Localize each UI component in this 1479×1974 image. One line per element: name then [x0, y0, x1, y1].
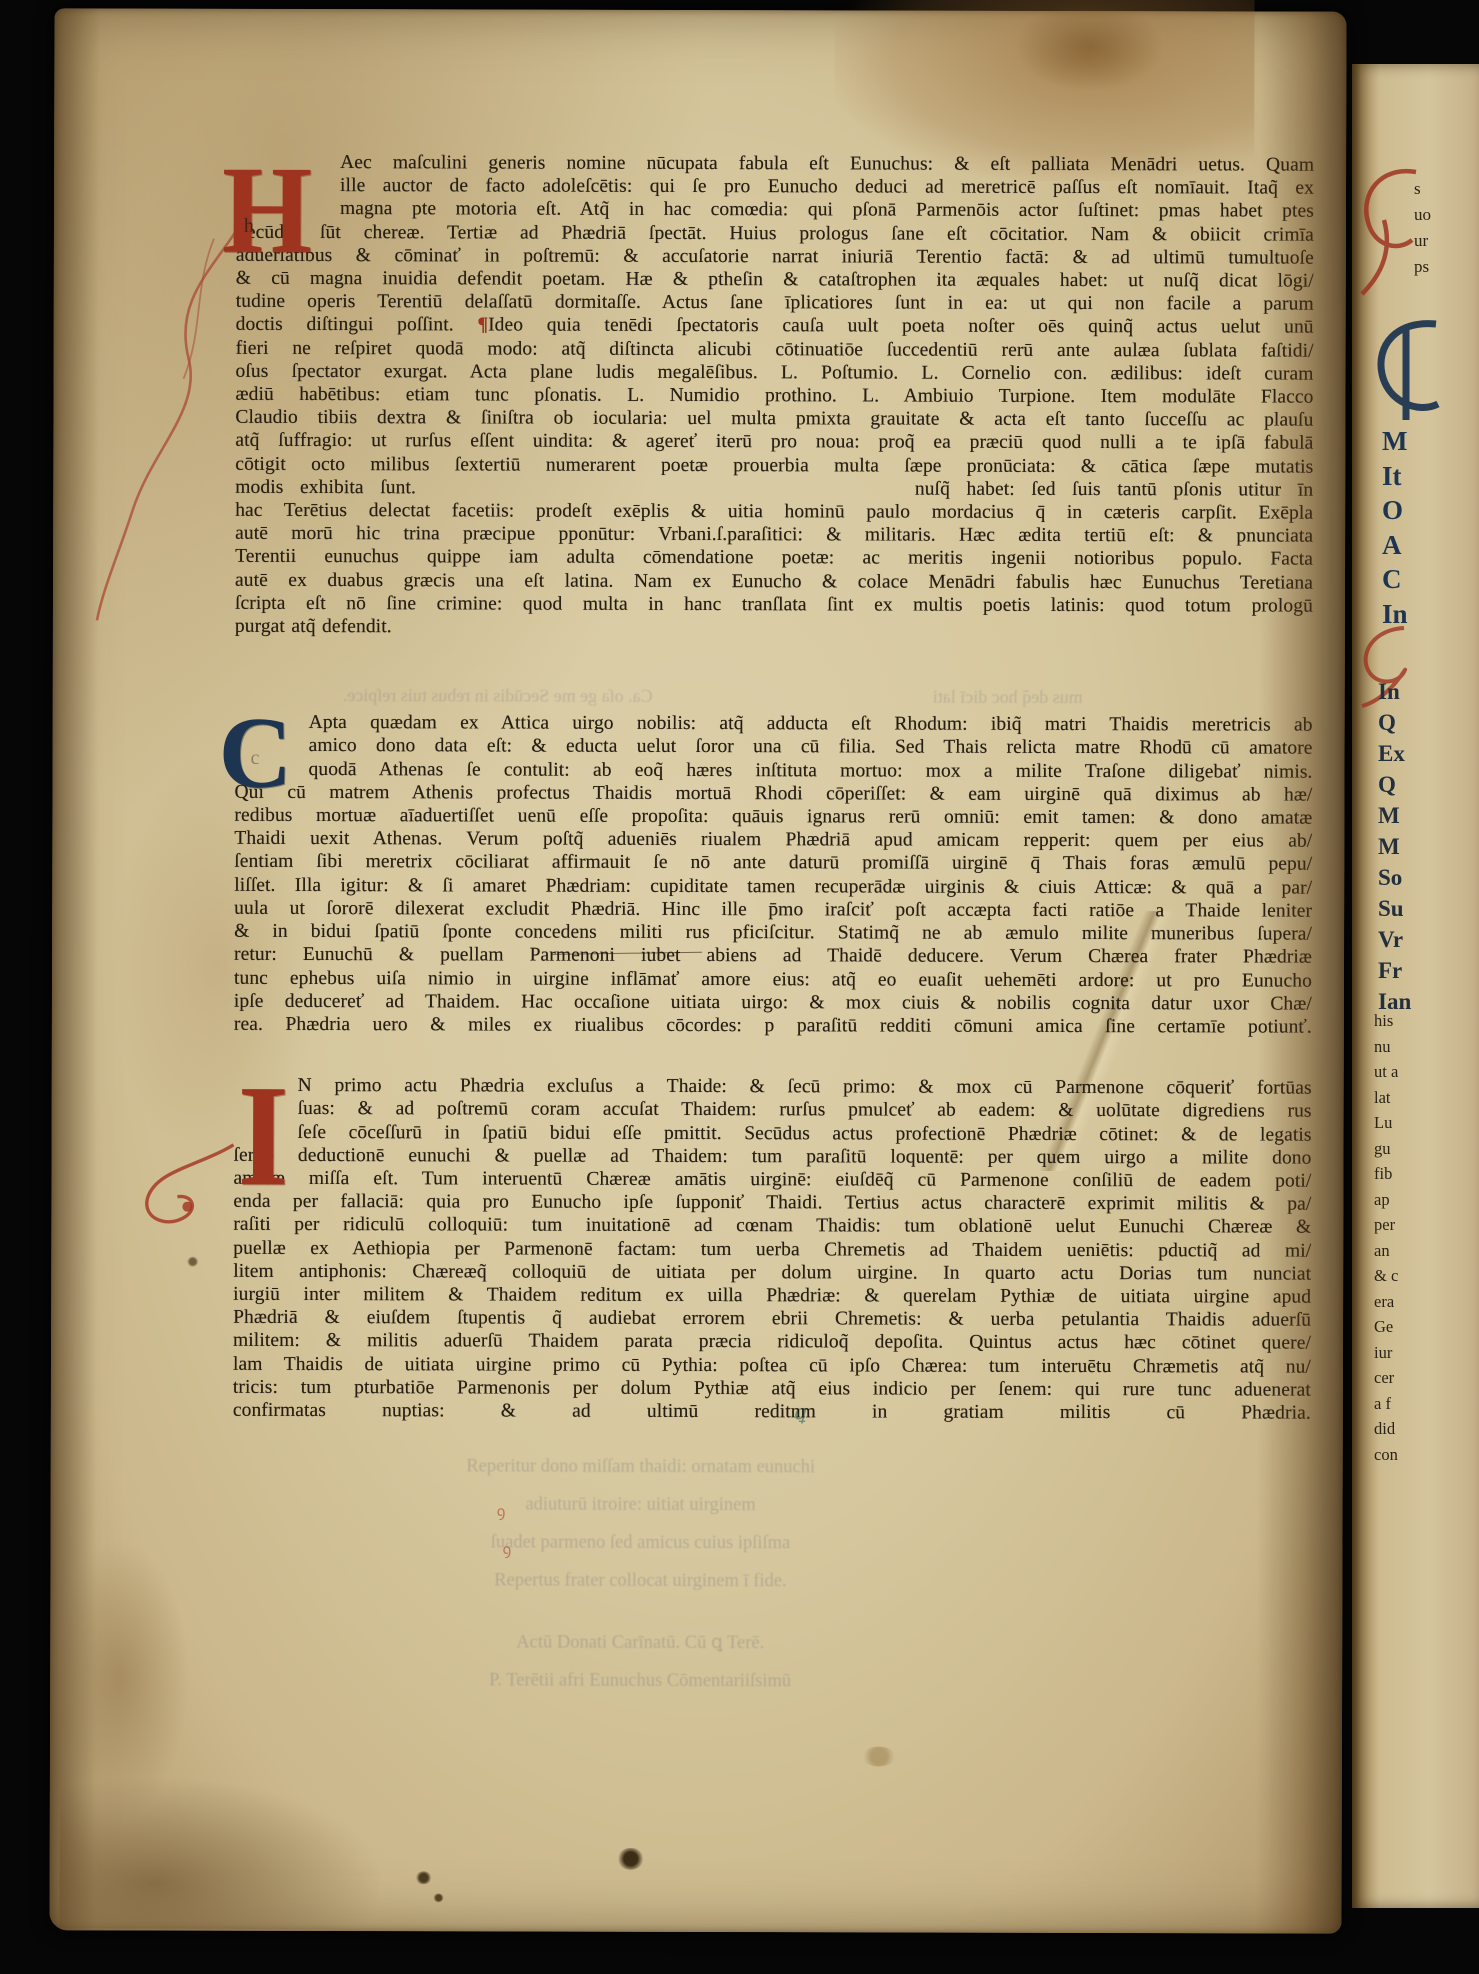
- text-line: cōtigit octo milibus ſextertiū numeraren…: [235, 452, 1313, 478]
- text-line: aduerſātibus & cōminať in poſtremū: & ac…: [236, 244, 1314, 270]
- text-line: tunc ephebus uiſa nimio in uirgine inflā…: [234, 966, 1312, 992]
- text-line: Ge: [1374, 1314, 1398, 1340]
- text-line: a f: [1374, 1391, 1398, 1417]
- text-line: Secūdæ ſūt chereæ. Tertiæ ad Phædriā ſpe…: [236, 220, 1314, 246]
- text-line: autē morū hic trina præcipue pponūtur: V…: [235, 522, 1313, 548]
- text-line: confirmatas nuptias: & ad ultimū reditnm…: [233, 1399, 1311, 1425]
- text-line: So: [1378, 862, 1411, 893]
- bleedthrough-text: Reperitur dono miſſam thaidi: ornatam eu…: [350, 1447, 931, 1701]
- text-line: s: [1414, 176, 1431, 202]
- text-line: Phædriā & eiuſdem ſtupentis q̃ audiebat …: [233, 1306, 1311, 1332]
- text-line: redibus mortuæ aīaduertiſſet uenū eſſe p…: [234, 804, 1312, 830]
- text-line: raſiti per ridiculū colloquiū: tum inuit…: [233, 1213, 1311, 1239]
- text-line: rea. Phædria uero & miles ex riualibus c…: [234, 1013, 1312, 1039]
- text-line: an: [1374, 1238, 1398, 1264]
- text-line: per: [1374, 1212, 1398, 1238]
- text-line: M: [1382, 424, 1408, 459]
- text-line: amico dono data eſt: & educta uelut ſoro…: [235, 734, 1313, 760]
- ink-spot: [434, 1893, 444, 1902]
- text-line: M: [1378, 800, 1411, 831]
- text-line: tudine operis Terentiū delaſſatū dormita…: [236, 290, 1314, 316]
- stain: [862, 1746, 896, 1766]
- text-line: tricis: tum pturbatiōe Parmenonis per do…: [233, 1376, 1311, 1402]
- text-line: litem antiphonis: Chæreæq̃ colloquiū de …: [233, 1260, 1311, 1286]
- text-line: ſeruo deductionē eunuchi & puellæ ad Tha…: [233, 1144, 1311, 1170]
- text-line: & c: [1374, 1263, 1398, 1289]
- guide-letter: h: [244, 215, 254, 238]
- text-line: ps: [1414, 254, 1431, 280]
- text-line: & cū magna inuidia defendit poetam. Hæ &…: [236, 267, 1314, 293]
- red-pen-mark: ꝯ: [497, 1501, 506, 1521]
- text-line: nu: [1374, 1034, 1398, 1060]
- text-line: M: [1378, 831, 1411, 862]
- text-line: doctis diſtingui poſſint. ¶Ideo quia ten…: [236, 313, 1314, 339]
- text-line: ſeſe cōceſſurū in ſpatiū bidui eſſe pmit…: [234, 1120, 1312, 1146]
- text-line: ſcripta eſt nō ſine crimine: quod multa …: [235, 592, 1313, 618]
- text-line: Vr: [1378, 924, 1411, 955]
- text-line: oſus ſpectator exurgat. Acta plane ludis…: [236, 360, 1314, 386]
- text-line: lat: [1374, 1085, 1398, 1111]
- text-line: Lu: [1374, 1110, 1398, 1136]
- text-line: con: [1374, 1442, 1398, 1468]
- dramatis-personae-initials: MItOACIn: [1382, 424, 1408, 631]
- next-page-sliver: suourps MItOACIn InQExQMMSoSuVrFrIan his…: [1352, 64, 1479, 1908]
- text-line: C: [1382, 562, 1408, 597]
- text-line: did: [1374, 1416, 1398, 1442]
- text-line: & in bidui ſpatiū ſponte concedens milit…: [234, 920, 1312, 946]
- text-line: modis exhibita ſunt. nuſq̃ habet: ſed ſu…: [235, 476, 1313, 502]
- left-page: mus deq̃ hoc dicī lati Ca. oſa ge me Sec…: [49, 8, 1346, 1933]
- text-line: uula ut ſororē dilexerat excludit Phædri…: [234, 897, 1312, 923]
- text-line: Claudio tibiis dextra & ſiniſtra ob iocu…: [235, 406, 1313, 432]
- text-line: In: [1382, 597, 1408, 632]
- text-line: Fr: [1378, 955, 1411, 986]
- text-line: his: [1374, 1008, 1398, 1034]
- text-line: Actū Donati Carīnatū. Cū ꝗ Terē.: [350, 1623, 930, 1663]
- stain: [50, 1538, 191, 1818]
- text-line: ur: [1414, 228, 1431, 254]
- text-line: autē ex duabus græcis una eſt latina. Na…: [235, 568, 1313, 594]
- text-line: gu: [1374, 1136, 1398, 1162]
- text-line: Qui cū matrem Athenis profectus Thaidis …: [234, 781, 1312, 807]
- cropped-capitals-column: InQExQMMSoSuVrFrIan: [1378, 676, 1411, 1017]
- text-line: magna pte motoria eſt. Atq̃ in hac comœd…: [236, 197, 1314, 223]
- text-line: lam Thaidis de uitiata uirgine primo cū …: [233, 1352, 1311, 1378]
- text-line: iurgiū inter militem & Thaidem reditum e…: [233, 1283, 1311, 1309]
- text-line: fieri ne reſpiret quodā modo: atq̃ diſti…: [236, 336, 1314, 362]
- text-line: ſuas: & ad poſtremū coram accuſat Thaide…: [234, 1097, 1312, 1123]
- text-line: fib: [1374, 1161, 1398, 1187]
- text-line: Q: [1378, 707, 1411, 738]
- ink-spot: [416, 1871, 432, 1884]
- red-pen-mark: ꝯ: [502, 1539, 511, 1559]
- blue-initial-flourish-icon: [1366, 316, 1446, 426]
- text-line: atq̃ ſuffragio: ut rurſus eſſent uindita…: [235, 429, 1313, 455]
- text-line: Su: [1378, 893, 1411, 924]
- stain: [59, 1778, 379, 1929]
- cropped-text-fragments: suourps: [1414, 176, 1431, 280]
- text-line: A: [1382, 528, 1408, 563]
- text-line: Ex: [1378, 738, 1411, 769]
- text-line: Reperitur dono miſſam thaidi: ornatam eu…: [351, 1447, 931, 1487]
- text-line: Thaidi uexit Athenas. Verum poſtq̃ aduen…: [234, 827, 1312, 853]
- text-line: Repertus frater collocat uirginem ī fide…: [350, 1561, 930, 1601]
- paragraph-lines: Aec maſculini generis nomine nūcupata fa…: [235, 151, 1314, 641]
- text-line: ſuadet parmeno ſed amicus cuius ipſiſma: [350, 1523, 930, 1563]
- text-line: Terentii eunuchus quippe iam adulta cōme…: [235, 545, 1313, 571]
- text-line: Q: [1378, 769, 1411, 800]
- text-line: ſentiam ſibi meretrix cōciliarat affirma…: [234, 850, 1312, 876]
- text-line: hac Terētius delectat facetiis: prodeſt …: [235, 499, 1313, 525]
- paragraph-argument-2: C c Apta quædam ex Attica uirgo nobilis:…: [234, 711, 1313, 1039]
- text-line: militem: & militis aduerſū Thaidem parat…: [233, 1329, 1311, 1355]
- stain: [1014, 1, 1164, 91]
- text-line: ipſe deducereť ad Thaidem. Hac occaſione…: [234, 989, 1312, 1015]
- paragraph-lines: N primo actu Phædria excluſus a Thaide: …: [233, 1074, 1312, 1425]
- text-line: Aec maſculini generis nomine nūcupata fa…: [236, 151, 1314, 177]
- text-line: ap: [1374, 1187, 1398, 1213]
- paragraph-lines: Apta quædam ex Attica uirgo nobilis: atq…: [234, 711, 1313, 1039]
- text-line: ille auctor de facto adoleſcētis: qui ſe…: [236, 174, 1314, 200]
- text-line: ut a: [1374, 1059, 1398, 1085]
- text-line: adiuturū itroire: uitiat uirginem: [351, 1485, 931, 1525]
- text-line: puellæ ex Aethiopia per Parmenonē factam…: [233, 1236, 1311, 1262]
- text-line: cer: [1374, 1365, 1398, 1391]
- guide-letter: c: [251, 747, 260, 770]
- text-block: H h Aec maſculini generis nomine nūcupat…: [233, 151, 1314, 1425]
- cropped-text-column: hisnuut alatLugufibapperan& ceraGeiurcer…: [1374, 1008, 1398, 1467]
- text-line: N primo actu Phædria excluſus a Thaide: …: [234, 1074, 1312, 1100]
- pen-flourish-icon: [137, 1137, 247, 1247]
- text-line: amicæ miſſa eſt. Tum interuentū Chæreæ a…: [233, 1167, 1311, 1193]
- text-line: enda per fallaciā: quia pro Eunucho ipſe…: [233, 1190, 1311, 1216]
- text-line: uo: [1414, 202, 1431, 228]
- ink-spot: [187, 1257, 198, 1267]
- text-line: ædiū habētibus: etiam tunc pſonatis. L. …: [235, 383, 1313, 409]
- paragraph-argument-1: H h Aec maſculini generis nomine nūcupat…: [235, 151, 1314, 641]
- text-line: iur: [1374, 1340, 1398, 1366]
- text-line: P. Terētii afri Eunuchus Cōmentariiſsimū: [350, 1661, 930, 1701]
- text-line: liſſet. Illa igitur: & ſi amaret Phædria…: [234, 873, 1312, 899]
- text-line: purgat atq̃ defendit.: [235, 615, 1313, 641]
- text-line: It: [1382, 459, 1408, 494]
- text-line: Apta quædam ex Attica uirgo nobilis: atq…: [235, 711, 1313, 737]
- ink-spot: [618, 1848, 644, 1870]
- text-line: retur: Eunuchū & puellam Parmenoni iubet…: [234, 943, 1312, 969]
- text-line: O: [1382, 493, 1408, 528]
- text-line: era: [1374, 1289, 1398, 1315]
- text-line: quodā Athenas ſe contulit: ab eoq̃ hæres…: [234, 757, 1312, 783]
- paragraph-acts-summary: I N primo actu Phædria excluſus a Thaide…: [233, 1074, 1312, 1425]
- book-scan: mus deq̃ hoc dicī lati Ca. oſa ge me Sec…: [0, 0, 1479, 1974]
- text-line: In: [1378, 676, 1411, 707]
